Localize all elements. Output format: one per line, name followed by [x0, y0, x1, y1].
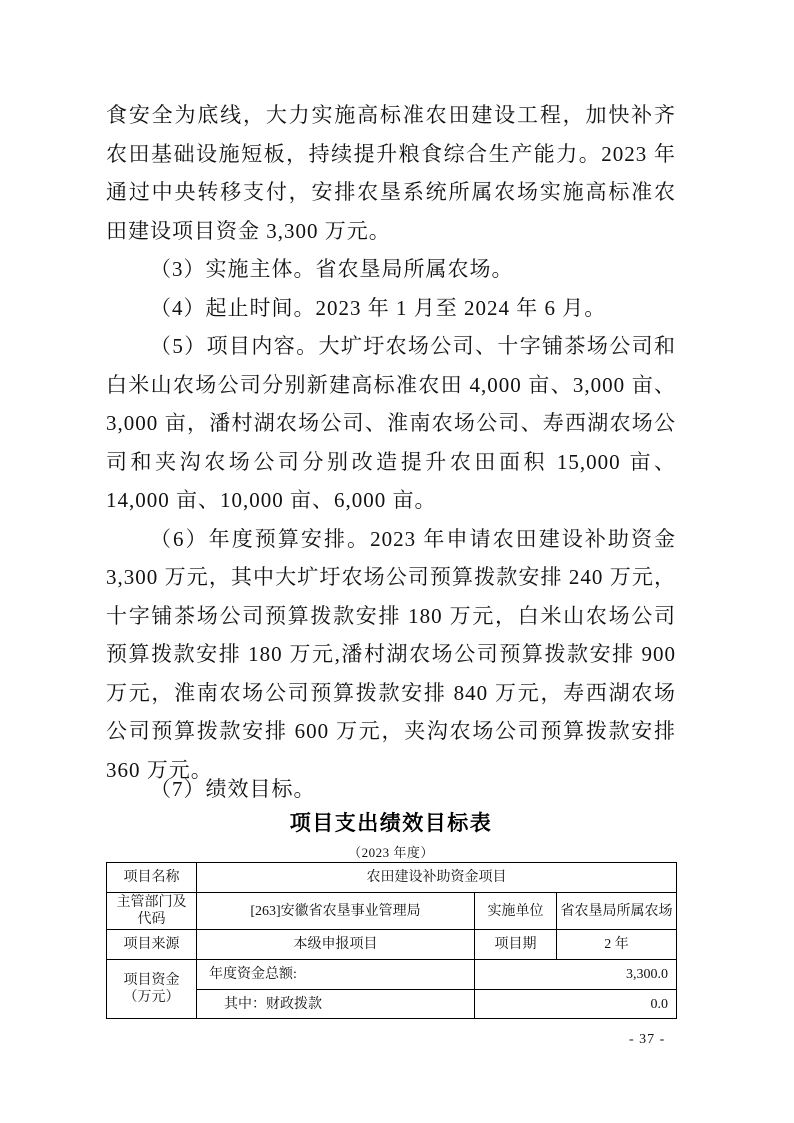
cell-project-period-value: 2 年: [557, 930, 677, 960]
page-content: 食安全为底线，大力实施高标准农田建设工程，加快补齐农田基础设施短板，持续提升粮食…: [106, 96, 676, 1019]
cell-project-period-label: 项目期: [475, 930, 557, 960]
cell-fiscal-appropriation-label: 其中：财政拨款: [197, 990, 475, 1019]
performance-table-subtitle: （2023 年度）: [106, 845, 676, 860]
cell-project-source-label: 项目来源: [107, 930, 197, 960]
document-page: 食安全为底线，大力实施高标准农田建设工程，加快补齐农田基础设施短板，持续提升粮食…: [0, 0, 794, 1123]
cell-project-name-label: 项目名称: [107, 863, 197, 893]
paragraph-item-5: （5）项目内容。大圹圩农场公司、十字铺茶场公司和白米山农场公司分别新建高标准农田…: [106, 327, 676, 520]
paragraph-item-3: （3）实施主体。省农垦局所属农场。: [106, 250, 676, 289]
cell-annual-total-value: 3,300.0: [475, 960, 677, 990]
paragraph-item-4: （4）起止时间。2023 年 1 月至 2024 年 6 月。: [106, 289, 676, 328]
paragraph-continuation: 食安全为底线，大力实施高标准农田建设工程，加快补齐农田基础设施短板，持续提升粮食…: [106, 96, 676, 250]
cell-project-name-value: 农田建设补助资金项目: [197, 863, 677, 893]
cell-department-label: 主管部门及代码: [107, 893, 197, 930]
cell-annual-total-label: 年度资金总额:: [197, 960, 475, 990]
cell-implementing-unit-label: 实施单位: [475, 893, 557, 930]
cell-fiscal-appropriation-value: 0.0: [475, 990, 677, 1019]
paragraph-item-7: （7）绩效目标。: [106, 776, 676, 802]
performance-target-table: 项目名称 农田建设补助资金项目 主管部门及代码 [263]安徽省农垦事业管理局 …: [106, 862, 677, 1019]
table-row: 项目来源 本级申报项目 项目期 2 年: [107, 930, 677, 960]
table-row: 项目资金（万元） 年度资金总额: 3,300.0: [107, 960, 677, 990]
cell-project-source-value: 本级申报项目: [197, 930, 475, 960]
table-row: 项目名称 农田建设补助资金项目: [107, 863, 677, 893]
page-number: - 37 -: [629, 1031, 665, 1048]
table-row: 主管部门及代码 [263]安徽省农垦事业管理局 实施单位 省农垦局所属农场: [107, 893, 677, 930]
cell-department-value: [263]安徽省农垦事业管理局: [197, 893, 475, 930]
cell-project-funds-label: 项目资金（万元）: [107, 960, 197, 1019]
cell-implementing-unit-value: 省农垦局所属农场: [557, 893, 677, 930]
paragraph-item-6: （6）年度预算安排。2023 年申请农田建设补助资金 3,300 万元，其中大圹…: [106, 520, 676, 790]
performance-table-title: 项目支出绩效目标表: [106, 809, 676, 839]
